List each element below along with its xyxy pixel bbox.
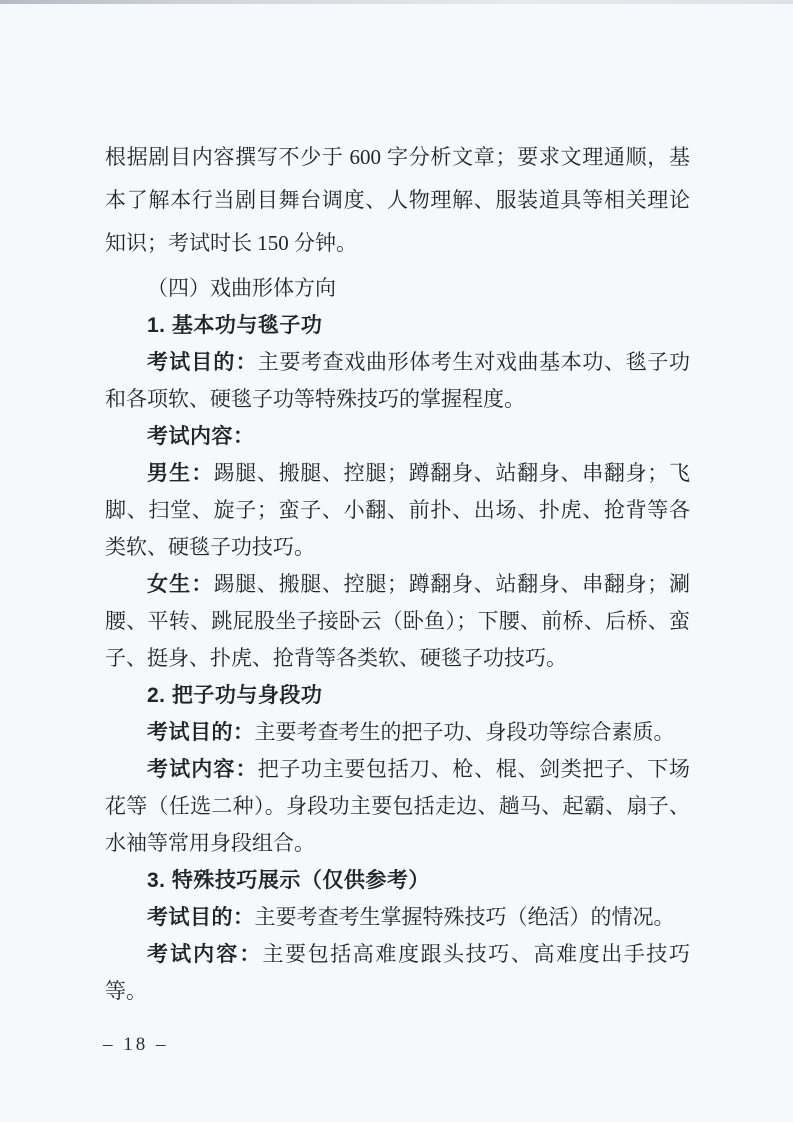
- numbered-heading-3: 3. 特殊技巧展示（仅供参考）: [105, 862, 690, 899]
- scan-top-edge-artifact: [0, 0, 793, 4]
- heading-text: 1. 基本功与毯子功: [147, 314, 322, 337]
- exam-purpose-paragraph: 考试目的：主要考查考生的把子功、身段功等综合素质。: [105, 714, 690, 751]
- paragraph-continued: 根据剧目内容撰写不少于 600 字分析文章；要求文理通顺，基本了解本行当剧目舞台…: [105, 136, 690, 265]
- paragraph-text: 主要考查考生的把子功、身段功等综合素质。: [255, 720, 675, 744]
- section-heading-4: （四）戏曲形体方向: [105, 270, 690, 307]
- exam-content-paragraph: 考试内容：主要包括高难度跟头技巧、高难度出手技巧等。: [105, 936, 690, 1010]
- bold-label: 考试内容：: [147, 943, 262, 966]
- document-body: 根据剧目内容撰写不少于 600 字分析文章；要求文理通顺，基本了解本行当剧目舞台…: [105, 136, 690, 1010]
- bold-label: 男生：: [147, 462, 214, 485]
- male-requirements-paragraph: 男生：踢腿、搬腿、控腿；蹲翻身、站翻身、串翻身；飞脚、扫堂、旋子；蛮子、小翻、前…: [105, 455, 690, 566]
- bold-label: 女生：: [147, 573, 214, 596]
- paragraph-text: 根据剧目内容撰写不少于 600 字分析文章；要求文理通顺，基本了解本行当剧目舞台…: [105, 145, 690, 255]
- bold-label: 考试目的：: [147, 906, 255, 929]
- numbered-heading-1: 1. 基本功与毯子功: [105, 307, 690, 344]
- exam-content-label-paragraph: 考试内容：: [105, 418, 690, 455]
- female-requirements-paragraph: 女生：踢腿、搬腿、控腿；蹲翻身、站翻身、串翻身；涮腰、平转、跳屁股坐子接卧云（卧…: [105, 566, 690, 677]
- exam-purpose-paragraph: 考试目的：主要考查戏曲形体考生对戏曲基本功、毯子功和各项软、硬毯子功等特殊技巧的…: [105, 344, 690, 418]
- bold-label: 考试目的：: [147, 351, 258, 374]
- exam-purpose-paragraph: 考试目的：主要考查考生掌握特殊技巧（绝活）的情况。: [105, 899, 690, 936]
- bold-label: 考试内容：: [147, 758, 258, 781]
- bold-label: 考试内容：: [147, 425, 255, 448]
- exam-content-paragraph: 考试内容：把子功主要包括刀、枪、棍、剑类把子、下场花等（任选二种）。身段功主要包…: [105, 751, 690, 862]
- page-number: – 18 –: [103, 1034, 169, 1056]
- heading-text: 2. 把子功与身段功: [147, 684, 322, 707]
- heading-text: 3. 特殊技巧展示（仅供参考）: [147, 869, 430, 892]
- bold-label: 考试目的：: [147, 721, 255, 744]
- section-heading-text: （四）戏曲形体方向: [147, 276, 336, 300]
- numbered-heading-2: 2. 把子功与身段功: [105, 677, 690, 714]
- paragraph-text: 主要考查考生掌握特殊技巧（绝活）的情况。: [255, 905, 675, 929]
